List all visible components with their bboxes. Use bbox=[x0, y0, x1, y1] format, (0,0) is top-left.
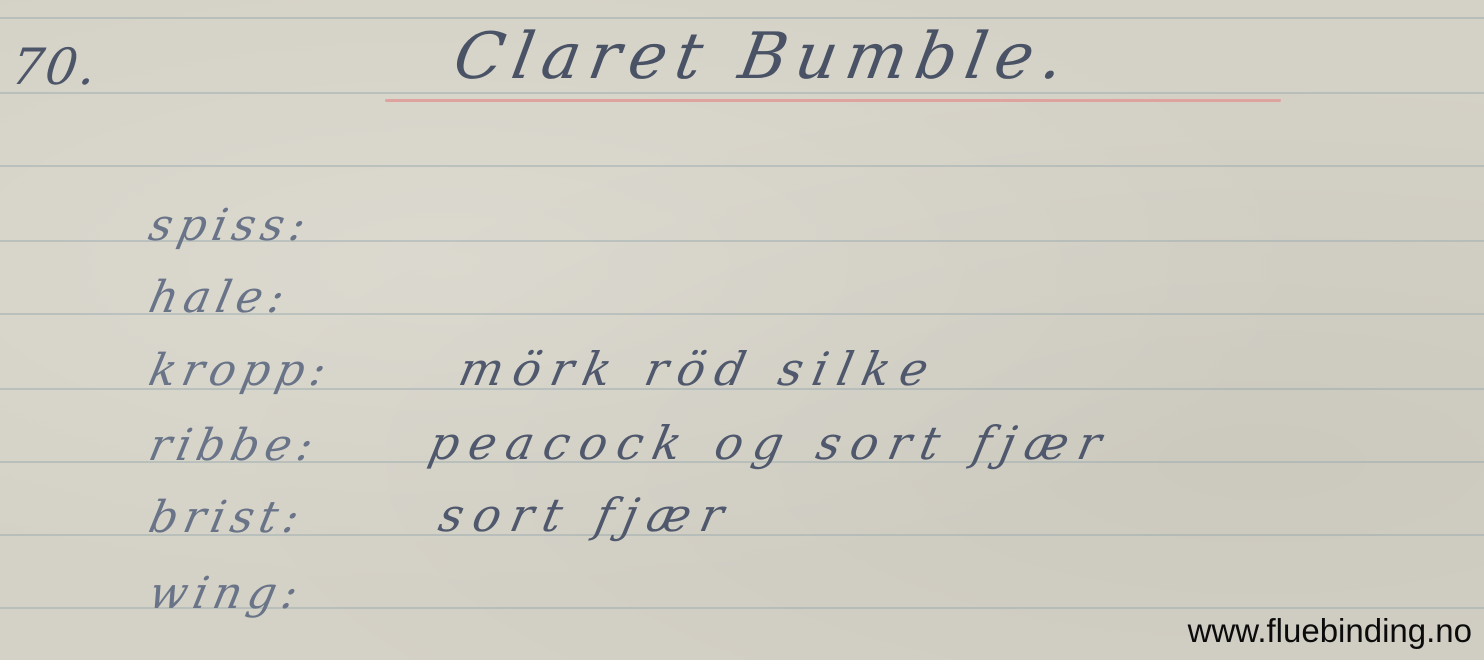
field-label-ribbe: ribbe: bbox=[145, 420, 324, 471]
field-label-spiss: spiss: bbox=[145, 200, 317, 251]
field-label-kropp: kropp: bbox=[145, 345, 337, 396]
fly-title: Claret Bumble. bbox=[448, 20, 1078, 94]
website-watermark: www.fluebinding.no bbox=[1188, 612, 1472, 650]
title-underline bbox=[385, 99, 1281, 102]
ruled-line bbox=[0, 17, 1484, 19]
field-value-kropp: mörk röd silke bbox=[454, 342, 943, 396]
field-label-wing: wing: bbox=[145, 568, 309, 619]
ruled-line bbox=[0, 165, 1484, 167]
entry-number: 70. bbox=[8, 38, 102, 96]
notebook-page: 70. Claret Bumble. spiss: hale: kropp: m… bbox=[0, 0, 1484, 660]
field-value-brist: sort fjær bbox=[434, 488, 738, 542]
field-label-brist: brist: bbox=[145, 492, 310, 543]
field-value-ribbe: peacock og sort fjær bbox=[424, 416, 1116, 470]
field-label-hale: hale: bbox=[145, 272, 295, 323]
